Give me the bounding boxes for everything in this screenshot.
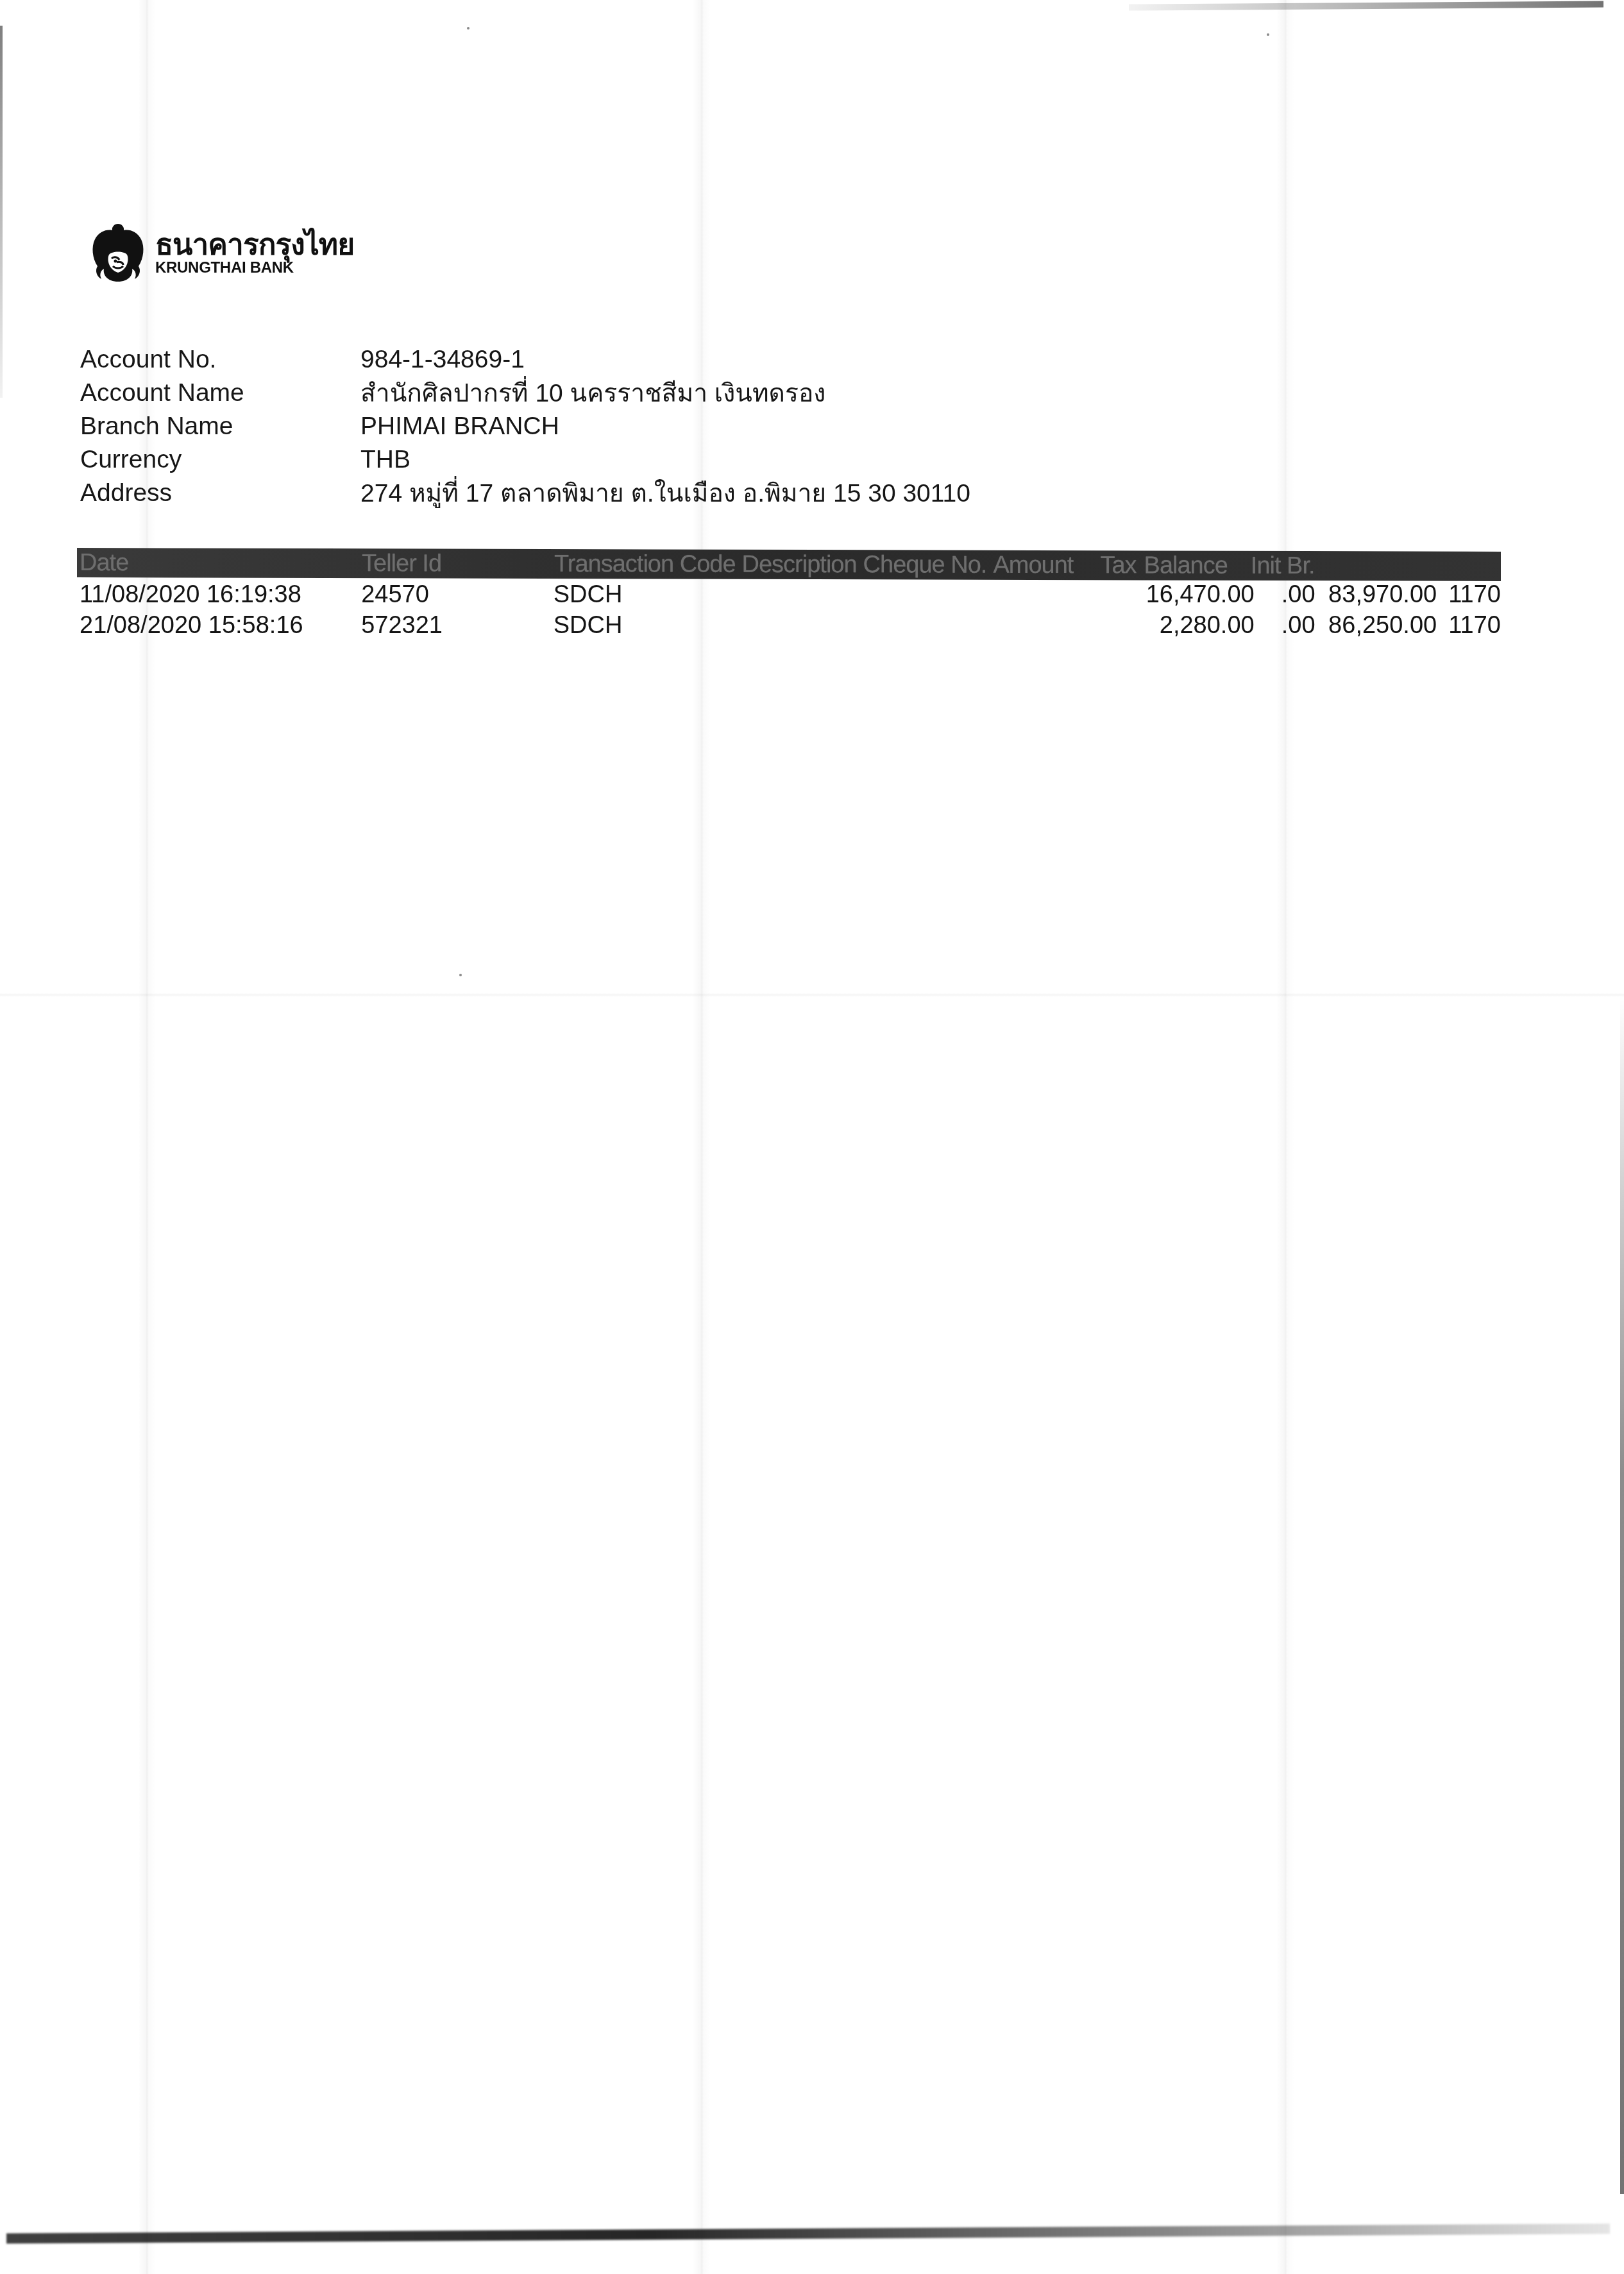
cell-date: 11/08/2020 16:19:38 <box>77 581 361 609</box>
cell-balance: 83,970.00 <box>1315 581 1437 609</box>
cell-transaction-code: SDCH <box>554 612 643 640</box>
page-edge-shadow <box>6 2223 1610 2243</box>
currency-value: THB <box>360 446 410 474</box>
header-amount: Amount <box>993 551 1073 579</box>
scan-fold-line <box>0 993 1624 997</box>
page-edge-shadow <box>1129 1 1603 10</box>
page-edge-shadow <box>0 26 3 398</box>
header-balance: Balance <box>1144 552 1228 579</box>
address-label: Address <box>80 479 360 507</box>
branch-name-row: Branch Name PHIMAI BRANCH <box>80 410 970 443</box>
header-tax: Tax <box>1100 552 1136 579</box>
cell-balance: 86,250.00 <box>1315 612 1437 640</box>
cell-init-br: 1170 <box>1437 612 1501 640</box>
cell-date: 21/08/2020 15:58:16 <box>77 612 361 640</box>
cell-transaction-code: SDCH <box>554 581 643 609</box>
table-row: 11/08/2020 16:19:38 24570 SDCH 16,470.00… <box>77 579 1501 610</box>
table-header: Date Teller Id Transaction Code Descript… <box>77 548 1501 581</box>
account-number-value: 984-1-34869-1 <box>360 346 525 374</box>
account-name-label: Account Name <box>80 379 360 407</box>
header-cheque-no: Cheque No. <box>863 551 987 579</box>
scan-speck <box>459 974 462 976</box>
transactions-table: Date Teller Id Transaction Code Descript… <box>77 550 1501 641</box>
bank-logo: ธนาคารกรุงไทย KRUNGTHAI BANK <box>90 221 354 284</box>
account-info: Account No. 984-1-34869-1 Account Name ส… <box>80 343 970 510</box>
cell-teller-id: 572321 <box>361 612 553 640</box>
address-value: 274 หมู่ที่ 17 ตลาดพิมาย ต.ในเมือง อ.พิม… <box>360 473 970 513</box>
branch-name-value: PHIMAI BRANCH <box>360 412 559 441</box>
header-init-br: Init Br. <box>1251 552 1315 579</box>
scan-fold-line <box>138 0 156 2274</box>
currency-label: Currency <box>80 446 360 474</box>
garuda-emblem-icon <box>90 221 146 284</box>
cell-tax: .00 <box>1255 581 1315 609</box>
page-edge-shadow <box>1620 994 1624 2194</box>
account-name-value: สำนักศิลปากรที่ 10 นครราชสีมา เงินทดรอง <box>360 373 825 413</box>
scan-fold-line <box>693 0 711 2274</box>
address-row: Address 274 หมู่ที่ 17 ตลาดพิมาย ต.ในเมื… <box>80 477 970 510</box>
scan-speck <box>467 27 469 30</box>
header-teller-id: Teller Id <box>362 550 554 578</box>
cell-teller-id: 24570 <box>361 581 553 609</box>
header-transaction-code: Transaction Code <box>554 550 736 579</box>
currency-row: Currency THB <box>80 443 970 477</box>
account-name-row: Account Name สำนักศิลปากรที่ 10 นครราชสี… <box>80 377 970 410</box>
scan-speck <box>1267 33 1269 36</box>
scan-fold-line <box>1276 0 1294 2274</box>
bank-name-english: KRUNGTHAI BANK <box>155 260 354 276</box>
cell-amount: 16,470.00 <box>643 581 1254 609</box>
header-description: Description <box>742 550 857 578</box>
account-number-label: Account No. <box>80 346 360 374</box>
branch-name-label: Branch Name <box>80 412 360 441</box>
cell-init-br: 1170 <box>1437 581 1501 609</box>
bank-name-thai: ธนาคารกรุงไทย <box>155 229 354 260</box>
cell-amount: 2,280.00 <box>643 612 1254 640</box>
table-row: 21/08/2020 15:58:16 572321 SDCH 2,280.00… <box>77 610 1501 641</box>
header-date: Date <box>77 549 362 577</box>
cell-tax: .00 <box>1255 612 1315 640</box>
account-number-row: Account No. 984-1-34869-1 <box>80 343 970 377</box>
